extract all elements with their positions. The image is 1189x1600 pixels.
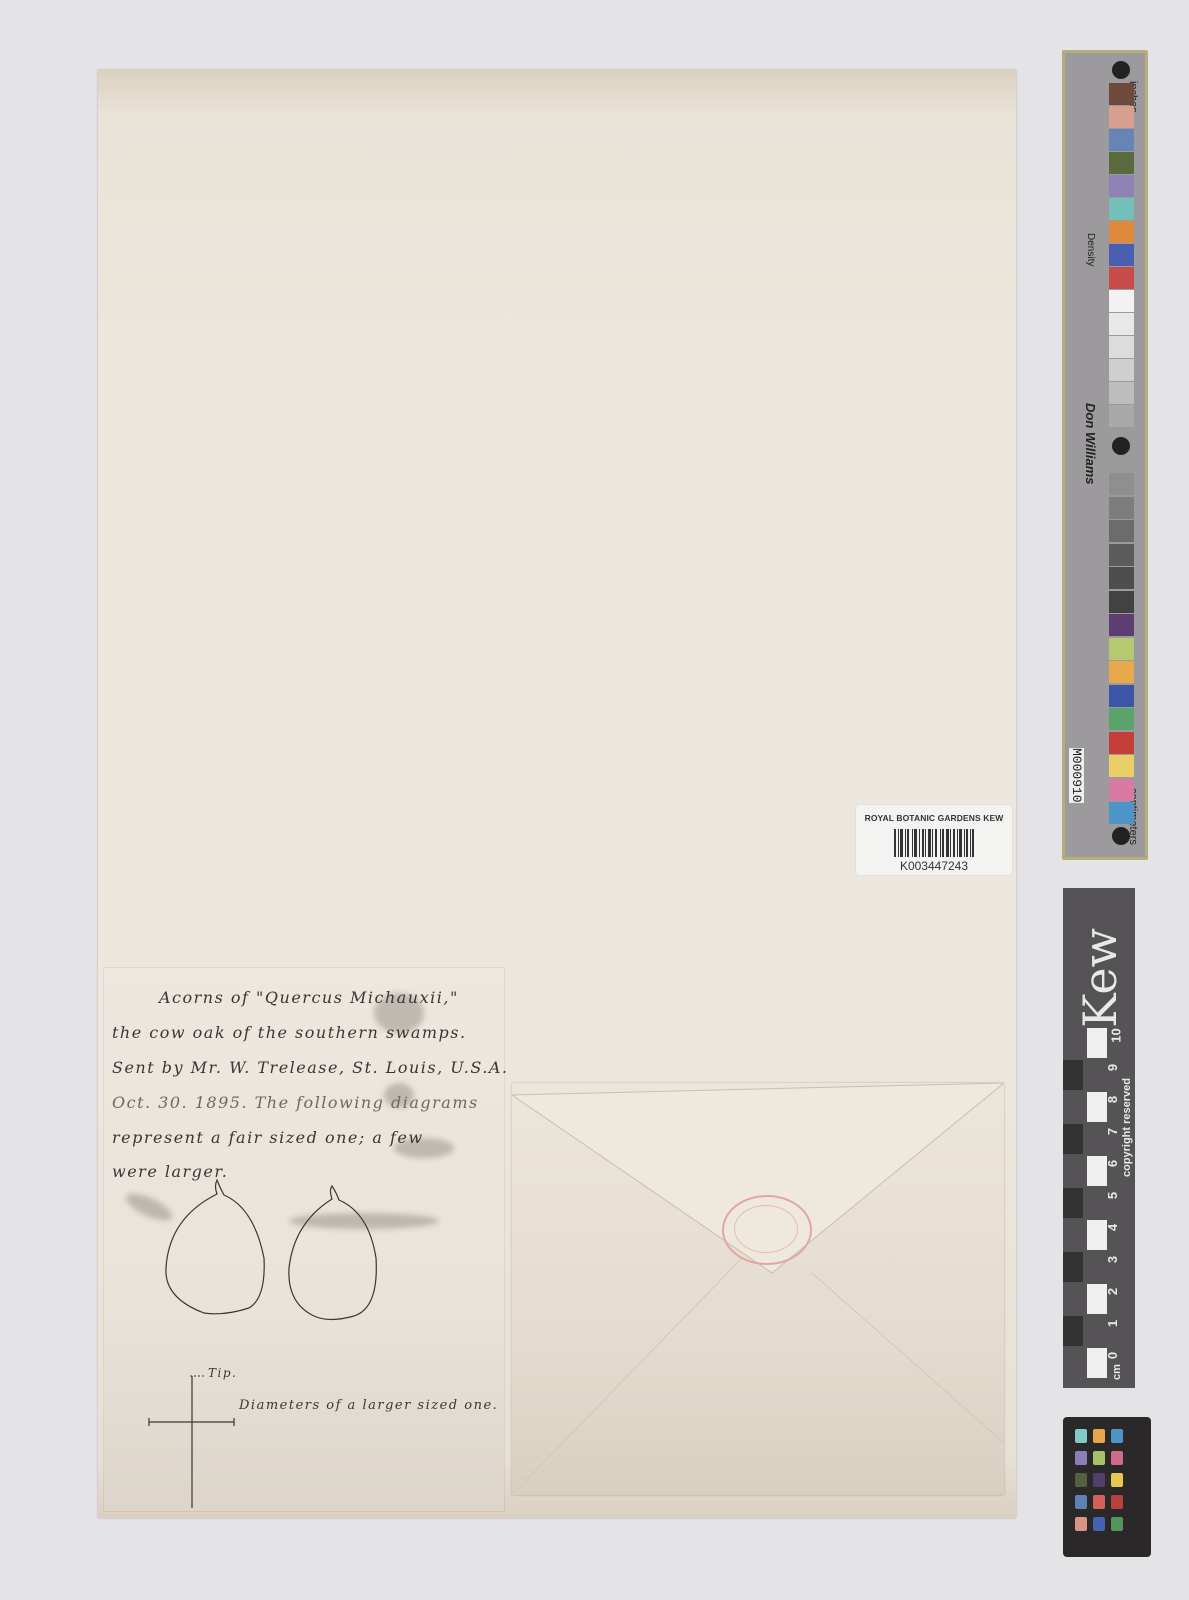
color-patch bbox=[1109, 244, 1134, 266]
scale-number: 4 bbox=[1105, 1224, 1120, 1231]
scale-block bbox=[1087, 1156, 1107, 1186]
specimen-envelope bbox=[512, 1083, 1004, 1495]
scale-number: 3 bbox=[1105, 1256, 1120, 1263]
checker-cell bbox=[1093, 1517, 1105, 1531]
scale-block bbox=[1087, 1284, 1107, 1314]
checker-cell bbox=[1111, 1495, 1123, 1509]
checker-cell bbox=[1093, 1473, 1105, 1487]
color-patch bbox=[1109, 382, 1134, 404]
color-patch bbox=[1109, 708, 1134, 730]
checker-cell bbox=[1075, 1451, 1087, 1465]
color-patch bbox=[1109, 779, 1134, 801]
scale-block bbox=[1063, 1252, 1083, 1282]
barcode-label: ROYAL BOTANIC GARDENS KEW K003447243 bbox=[856, 805, 1012, 875]
checker-cell bbox=[1111, 1451, 1123, 1465]
scale-block bbox=[1087, 1348, 1107, 1378]
unit-label: cm bbox=[1111, 1364, 1123, 1380]
barcode-number: K003447243 bbox=[856, 859, 1012, 873]
checker-cell bbox=[1111, 1429, 1123, 1443]
scale-number: 5 bbox=[1105, 1192, 1120, 1199]
scale-number: 9 bbox=[1105, 1064, 1120, 1071]
registration-dot bbox=[1112, 61, 1130, 79]
scale-number: 2 bbox=[1105, 1288, 1120, 1295]
kew-seal-stamp-icon bbox=[722, 1195, 812, 1265]
color-patch bbox=[1109, 567, 1134, 589]
color-patch bbox=[1109, 359, 1134, 381]
color-patch bbox=[1109, 497, 1134, 519]
envelope-flap-icon bbox=[512, 1083, 1004, 1495]
color-patch bbox=[1109, 175, 1134, 197]
checker-cell bbox=[1075, 1517, 1087, 1531]
scale-block bbox=[1087, 1028, 1107, 1058]
color-patch bbox=[1109, 685, 1134, 707]
color-patch bbox=[1109, 336, 1134, 358]
color-patch bbox=[1109, 106, 1134, 128]
checker-cell bbox=[1093, 1495, 1105, 1509]
color-patch bbox=[1109, 614, 1134, 636]
color-patch bbox=[1109, 405, 1134, 427]
diameter-caption: Diameters of a larger sized one. bbox=[239, 1398, 498, 1413]
checker-cell bbox=[1111, 1473, 1123, 1487]
color-patch bbox=[1109, 83, 1134, 105]
scale-number: 7 bbox=[1105, 1128, 1120, 1135]
color-patch bbox=[1109, 290, 1134, 312]
color-patch bbox=[1109, 732, 1134, 754]
color-patch bbox=[1109, 198, 1134, 220]
ruler-id: M000910 bbox=[1069, 748, 1084, 803]
color-patch bbox=[1109, 755, 1134, 777]
scale-number: 10 bbox=[1109, 1028, 1124, 1042]
scale-number: 1 bbox=[1105, 1320, 1120, 1327]
scale-number: 6 bbox=[1105, 1160, 1120, 1167]
color-patch bbox=[1109, 591, 1134, 613]
kew-logo: Kew bbox=[1073, 928, 1127, 1028]
scale-block bbox=[1063, 1188, 1083, 1218]
checker-cell bbox=[1075, 1495, 1087, 1509]
barcode-icon bbox=[882, 829, 986, 857]
color-patch bbox=[1109, 802, 1134, 824]
kew-scale-ruler: Kew copyright reserved 012345678910 cm bbox=[1063, 888, 1135, 1388]
copyright-text: copyright reserved bbox=[1121, 1078, 1133, 1177]
scale-block bbox=[1063, 1124, 1083, 1154]
color-checker-card bbox=[1063, 1417, 1151, 1557]
color-patch bbox=[1109, 520, 1134, 542]
acorn-diagrams-icon bbox=[104, 968, 504, 1511]
color-patch bbox=[1109, 221, 1134, 243]
color-patch bbox=[1109, 661, 1134, 683]
checker-cell bbox=[1075, 1429, 1087, 1443]
color-patch bbox=[1109, 473, 1134, 495]
checker-cell bbox=[1111, 1517, 1123, 1531]
color-patch bbox=[1109, 267, 1134, 289]
tip-label: Tip. bbox=[208, 1366, 237, 1380]
scale-number: 8 bbox=[1105, 1096, 1120, 1103]
registration-dot bbox=[1112, 437, 1130, 455]
scale-block bbox=[1087, 1092, 1107, 1122]
ruler-brand: Don Williams bbox=[1083, 403, 1098, 485]
scale-number: 0 bbox=[1105, 1352, 1120, 1359]
color-patch bbox=[1109, 544, 1134, 566]
color-patch bbox=[1109, 638, 1134, 660]
color-patch bbox=[1109, 313, 1134, 335]
scale-block bbox=[1063, 1316, 1083, 1346]
checker-cell bbox=[1093, 1429, 1105, 1443]
institution-name: ROYAL BOTANIC GARDENS KEW bbox=[856, 813, 1012, 823]
checker-cell bbox=[1093, 1451, 1105, 1465]
scale-block bbox=[1063, 1060, 1083, 1090]
checker-cell bbox=[1075, 1473, 1087, 1487]
color-patch bbox=[1109, 152, 1134, 174]
registration-dot bbox=[1112, 827, 1130, 845]
handwritten-note: Acorns of "Quercus Michauxii," the cow o… bbox=[104, 968, 504, 1511]
scale-block bbox=[1087, 1220, 1107, 1250]
color-calibration-ruler: inches Density Don Williams M000910 cent… bbox=[1062, 50, 1148, 860]
color-patch bbox=[1109, 129, 1134, 151]
density-label: Density bbox=[1085, 233, 1096, 266]
